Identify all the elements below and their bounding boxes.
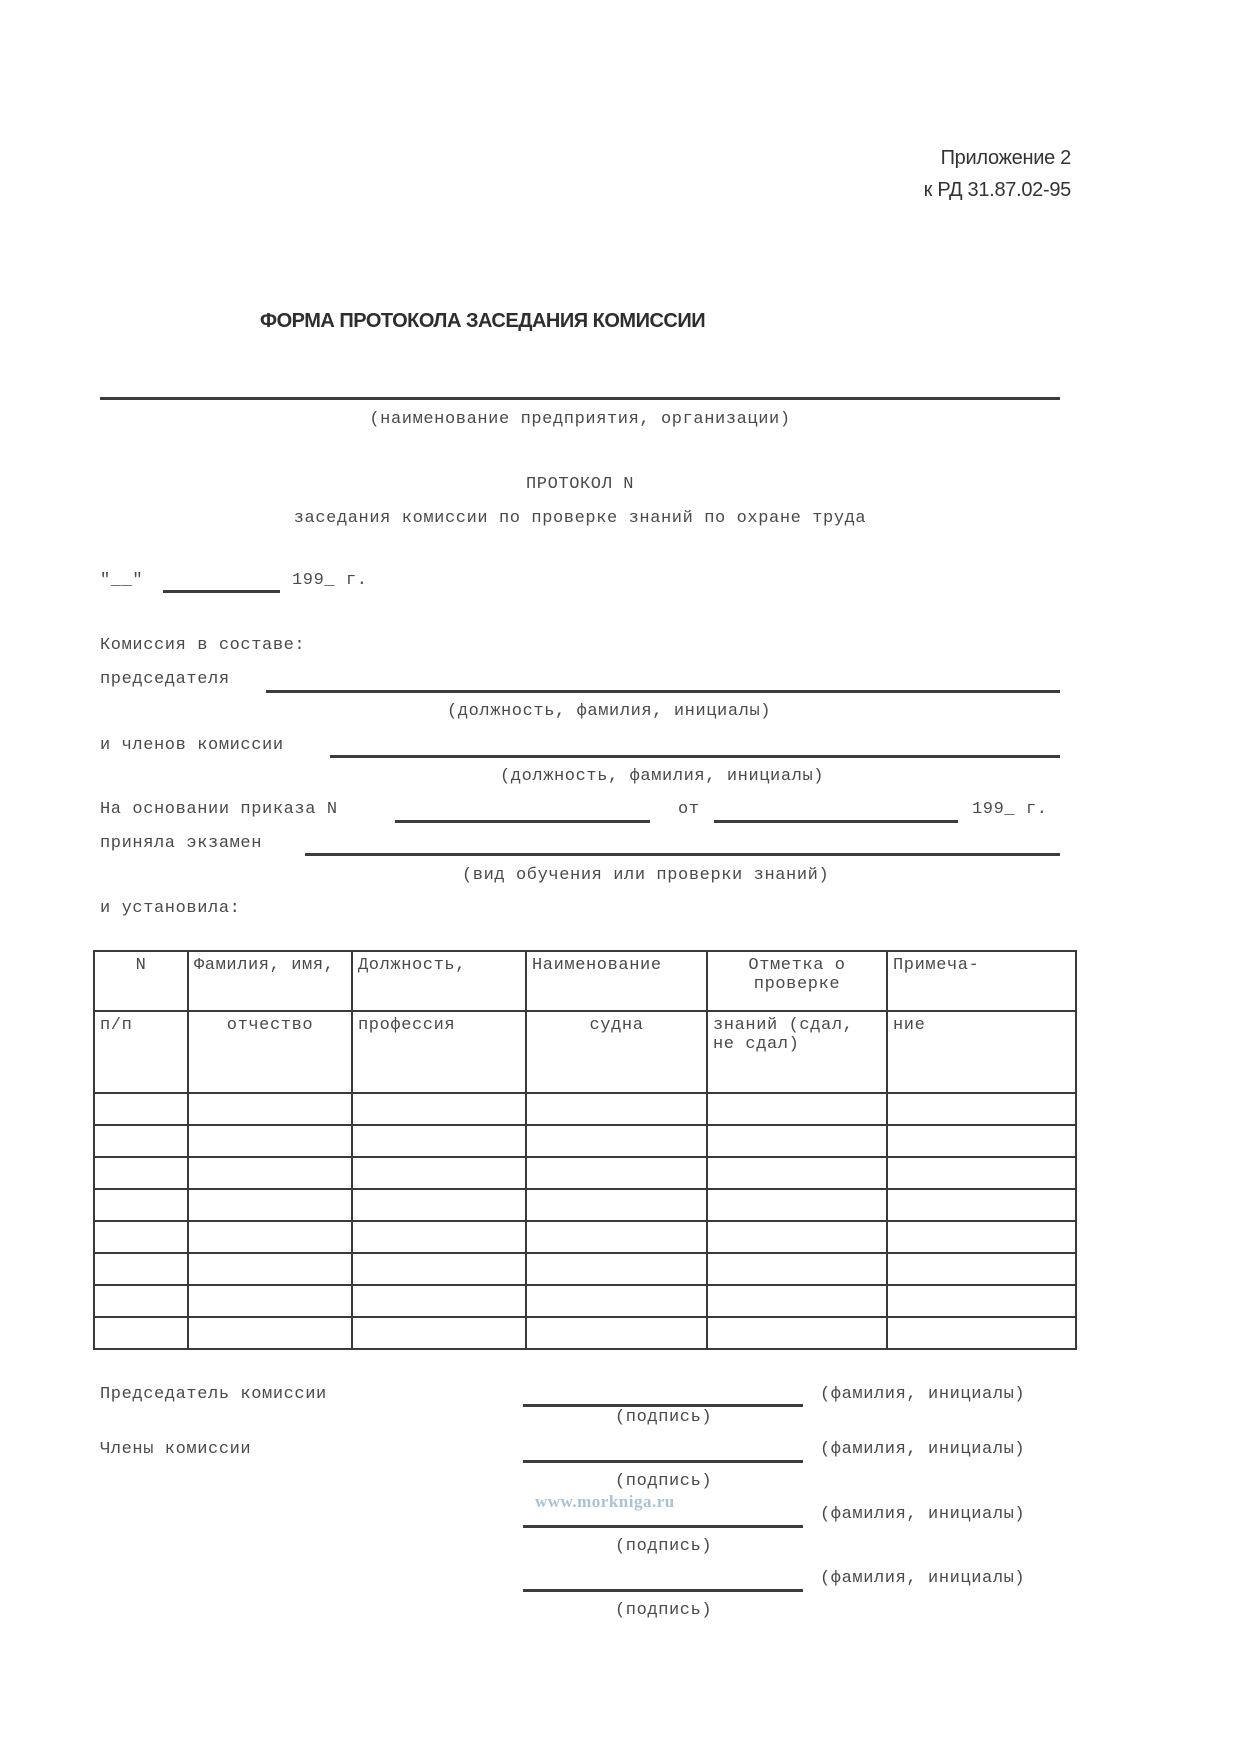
header-position: Должность, bbox=[352, 951, 526, 1011]
table-cell[interactable] bbox=[887, 1253, 1076, 1285]
form-title: ФОРМА ПРОТОКОЛА ЗАСЕДАНИЯ КОМИССИИ bbox=[260, 310, 705, 333]
member1-name-caption: (фамилия, инициалы) bbox=[820, 1440, 1025, 1459]
table-cell[interactable] bbox=[352, 1221, 526, 1253]
order-year: 199_ г. bbox=[972, 800, 1048, 819]
table-cell[interactable] bbox=[526, 1157, 707, 1189]
table-cell[interactable] bbox=[94, 1157, 188, 1189]
member3-name-caption: (фамилия, инициалы) bbox=[820, 1569, 1025, 1588]
table-cell[interactable] bbox=[188, 1093, 352, 1125]
member1-sign-caption: (подпись) bbox=[615, 1472, 712, 1491]
table-row bbox=[94, 1125, 1076, 1157]
table-cell[interactable] bbox=[526, 1189, 707, 1221]
members-field[interactable] bbox=[330, 755, 1060, 758]
exam-caption: (вид обучения или проверки знаний) bbox=[462, 866, 829, 885]
table-cell[interactable] bbox=[526, 1125, 707, 1157]
member3-signature-field[interactable] bbox=[523, 1589, 803, 1592]
table-row bbox=[94, 1285, 1076, 1317]
table-cell[interactable] bbox=[188, 1317, 352, 1349]
date-month-field[interactable] bbox=[163, 590, 280, 593]
organization-caption: (наименование предприятия, организации) bbox=[100, 410, 1060, 429]
table-cell[interactable] bbox=[526, 1221, 707, 1253]
table-row bbox=[94, 1189, 1076, 1221]
table-row bbox=[94, 1157, 1076, 1189]
table-cell[interactable] bbox=[352, 1189, 526, 1221]
exam-type-field[interactable] bbox=[305, 853, 1060, 856]
header-name-cont: отчество bbox=[188, 1011, 352, 1093]
chairman-caption: (должность, фамилия, инициалы) bbox=[447, 702, 771, 721]
table-cell[interactable] bbox=[887, 1157, 1076, 1189]
table-cell[interactable] bbox=[352, 1093, 526, 1125]
table-cell[interactable] bbox=[352, 1125, 526, 1157]
order-from-label: от bbox=[678, 800, 700, 819]
table-cell[interactable] bbox=[188, 1157, 352, 1189]
chairman-label: председателя bbox=[100, 670, 230, 689]
header-name: Фамилия, имя, bbox=[188, 951, 352, 1011]
table-cell[interactable] bbox=[352, 1317, 526, 1349]
order-number-field[interactable] bbox=[395, 820, 650, 823]
table-cell[interactable] bbox=[188, 1189, 352, 1221]
watermark: www.morkniga.ru bbox=[535, 1492, 675, 1512]
table-cell[interactable] bbox=[94, 1285, 188, 1317]
table-cell[interactable] bbox=[887, 1189, 1076, 1221]
member2-signature-field[interactable] bbox=[523, 1525, 803, 1528]
protocol-subheading: заседания комиссии по проверке знаний по… bbox=[100, 509, 1060, 528]
chairman-field[interactable] bbox=[266, 690, 1060, 693]
table-cell[interactable] bbox=[887, 1317, 1076, 1349]
table-cell[interactable] bbox=[188, 1285, 352, 1317]
date-day-field[interactable]: "__" bbox=[100, 571, 143, 590]
member1-signature-field[interactable] bbox=[523, 1460, 803, 1463]
order-date-field[interactable] bbox=[714, 820, 958, 823]
table-cell[interactable] bbox=[887, 1093, 1076, 1125]
date-year: 199_ г. bbox=[292, 571, 368, 590]
member2-sign-caption: (подпись) bbox=[615, 1537, 712, 1556]
table-cell[interactable] bbox=[887, 1125, 1076, 1157]
header-number-cont: п/п bbox=[94, 1011, 188, 1093]
header-notes-cont: ние bbox=[887, 1011, 1076, 1093]
chairman-name-caption: (фамилия, инициалы) bbox=[820, 1385, 1025, 1404]
table-cell[interactable] bbox=[707, 1317, 887, 1349]
table-cell[interactable] bbox=[707, 1125, 887, 1157]
chairman-signature-field[interactable] bbox=[523, 1404, 803, 1407]
table-header-row-2: п/п отчество профессия судна знаний (сда… bbox=[94, 1011, 1076, 1093]
header-vessel-cont: судна bbox=[526, 1011, 707, 1093]
results-table: N Фамилия, имя, Должность, Наименование … bbox=[93, 950, 1077, 1350]
exam-label: приняла экзамен bbox=[100, 834, 262, 853]
table-cell[interactable] bbox=[707, 1189, 887, 1221]
table-cell[interactable] bbox=[707, 1093, 887, 1125]
table-cell[interactable] bbox=[188, 1221, 352, 1253]
table-cell[interactable] bbox=[352, 1157, 526, 1189]
header-number: N bbox=[94, 951, 188, 1011]
table-cell[interactable] bbox=[707, 1157, 887, 1189]
protocol-heading: ПРОТОКОЛ N bbox=[100, 475, 1060, 494]
table-cell[interactable] bbox=[887, 1285, 1076, 1317]
sig-chairman-label: Председатель комиссии bbox=[100, 1385, 327, 1404]
table-row bbox=[94, 1093, 1076, 1125]
table-cell[interactable] bbox=[887, 1221, 1076, 1253]
table-cell[interactable] bbox=[94, 1125, 188, 1157]
header-vessel: Наименование bbox=[526, 951, 707, 1011]
appendix-number: Приложение 2 bbox=[941, 147, 1071, 170]
table-row bbox=[94, 1253, 1076, 1285]
table-cell[interactable] bbox=[352, 1285, 526, 1317]
organization-name-field[interactable] bbox=[100, 397, 1060, 400]
table-cell[interactable] bbox=[526, 1253, 707, 1285]
header-notes: Примеча- bbox=[887, 951, 1076, 1011]
table-cell[interactable] bbox=[707, 1221, 887, 1253]
member2-name-caption: (фамилия, инициалы) bbox=[820, 1505, 1025, 1524]
established-label: и установила: bbox=[100, 899, 240, 918]
table-cell[interactable] bbox=[94, 1189, 188, 1221]
commission-intro: Комиссия в составе: bbox=[100, 636, 305, 655]
member3-sign-caption: (подпись) bbox=[615, 1601, 712, 1620]
table-cell[interactable] bbox=[188, 1253, 352, 1285]
table-cell[interactable] bbox=[94, 1221, 188, 1253]
table-cell[interactable] bbox=[188, 1125, 352, 1157]
table-cell[interactable] bbox=[526, 1093, 707, 1125]
table-cell[interactable] bbox=[526, 1317, 707, 1349]
members-label: и членов комиссии bbox=[100, 736, 284, 755]
sig-members-label: Члены комиссии bbox=[100, 1440, 251, 1459]
header-result-cont: знаний (сдал, не сдал) bbox=[707, 1011, 887, 1093]
table-row bbox=[94, 1221, 1076, 1253]
header-position-cont: профессия bbox=[352, 1011, 526, 1093]
chairman-sign-caption: (подпись) bbox=[615, 1408, 712, 1427]
table-cell[interactable] bbox=[94, 1317, 188, 1349]
table-cell[interactable] bbox=[526, 1285, 707, 1317]
table-cell[interactable] bbox=[707, 1285, 887, 1317]
table-row bbox=[94, 1317, 1076, 1349]
table-cell[interactable] bbox=[94, 1093, 188, 1125]
table-cell[interactable] bbox=[352, 1253, 526, 1285]
table-cell[interactable] bbox=[707, 1253, 887, 1285]
order-label: На основании приказа N bbox=[100, 800, 338, 819]
table-cell[interactable] bbox=[94, 1253, 188, 1285]
header-result: Отметка о проверке bbox=[707, 951, 887, 1011]
table-header-row-1: N Фамилия, имя, Должность, Наименование … bbox=[94, 951, 1076, 1011]
members-caption: (должность, фамилия, инициалы) bbox=[500, 767, 824, 786]
appendix-reference: к РД 31.87.02-95 bbox=[924, 179, 1071, 202]
